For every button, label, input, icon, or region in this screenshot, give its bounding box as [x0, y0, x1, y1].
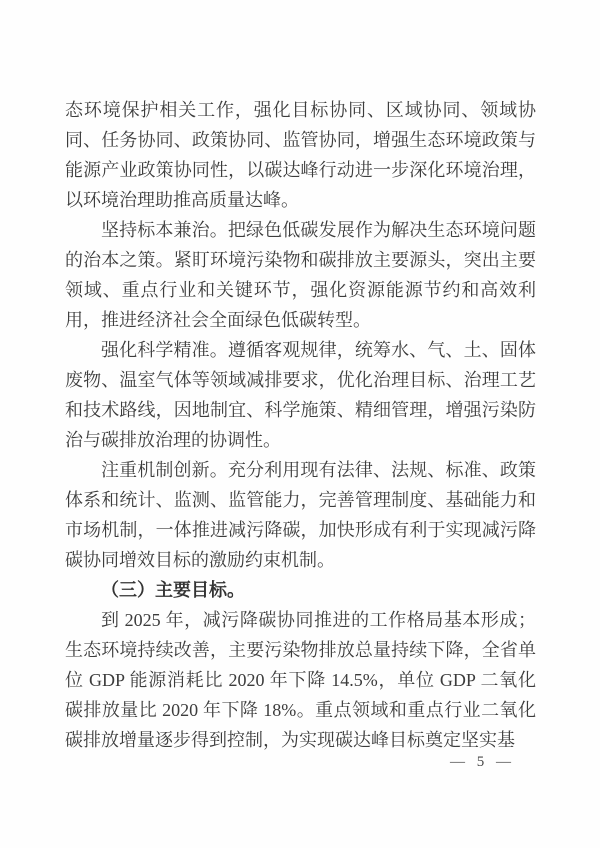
body-paragraph: 态环境保护相关工作，强化目标协同、区域协同、领域协同、任务协同、政策协同、监管协…: [65, 95, 536, 215]
section-heading: （三）主要目标。: [65, 575, 536, 605]
body-paragraph: 注重机制创新。充分利用现有法律、法规、标准、政策体系和统计、监测、监管能力，完善…: [65, 455, 536, 575]
body-paragraph: 坚持标本兼治。把绿色低碳发展作为解决生态环境问题的治本之策。紧盯环境污染物和碳排…: [65, 215, 536, 335]
document-page: 态环境保护相关工作，强化目标协同、区域协同、领域协同、任务协同、政策协同、监管协…: [0, 0, 600, 848]
body-paragraph: 到 2025 年，减污降碳协同推进的工作格局基本形成；生态环境持续改善，主要污染…: [65, 605, 536, 755]
page-number: — 5 —: [450, 752, 512, 772]
body-paragraph: 强化科学精准。遵循客观规律，统筹水、气、土、固体废物、温室气体等领域减排要求，优…: [65, 335, 536, 455]
document-body: 态环境保护相关工作，强化目标协同、区域协同、领域协同、任务协同、政策协同、监管协…: [65, 95, 536, 755]
